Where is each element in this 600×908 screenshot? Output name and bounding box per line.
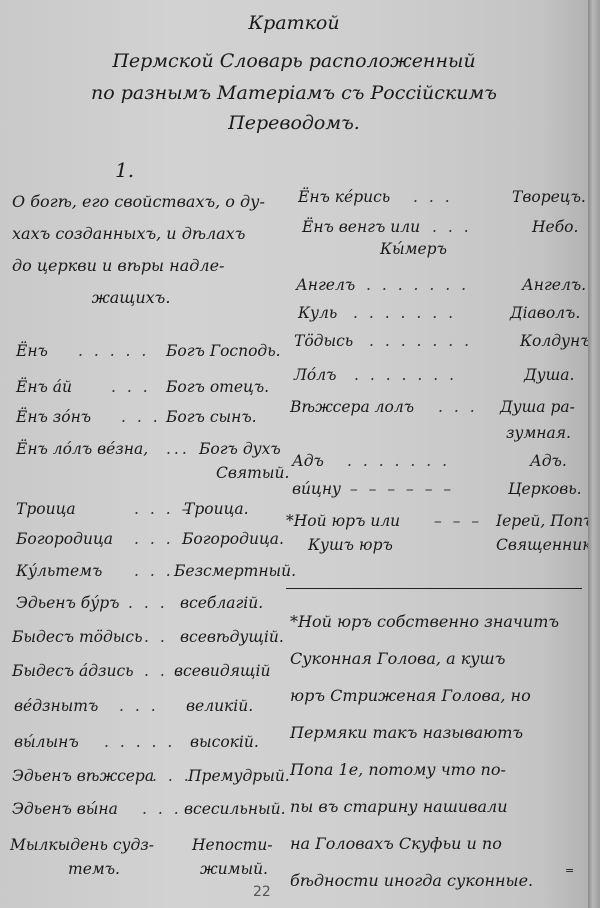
leader-dots: – – – – – – [350,480,454,498]
leader-dots: . . . [134,562,174,580]
russian-translation: высокій. [190,733,259,751]
leader-dots: . . . . . . . [366,276,469,294]
perm-word: ве́дзнытъ [14,697,98,715]
leader-dots: – – – [434,512,482,530]
leader-dots: . . . [152,767,192,785]
title-line-3: по разнымъ Матеріамъ съ Россійскимъ [0,82,588,104]
footnote-line: пы въ старину нашивали [290,788,585,825]
leader-dots: . . . [432,218,472,236]
section-heading-line: до церкви и вѣры надле- [12,250,290,282]
leader-dots: . . . . . . . [353,304,456,322]
section-heading-line: жащихъ. [12,282,290,314]
perm-word: Ёнъ зо́нъ [16,408,91,426]
perm-word: вы́лынъ [14,733,79,751]
leader-dots: . . . . . . . [354,366,457,384]
leader-dots: . . [144,628,168,646]
russian-translation: Душа. [524,366,574,384]
perm-word: Быдесъ а́дзись [12,662,134,680]
perm-word: Ёнъ венгъ или [302,218,420,236]
leader-dots: . . . . . [78,342,149,360]
perm-word: Ангелъ [296,276,355,294]
russian-translation: Діаволъ. [510,304,580,322]
russian-translation: Церковь. [508,480,582,498]
footnote-line: Суконная Голова, а кушъ [290,640,585,677]
leader-dots: . . . [438,398,478,416]
perm-word: Ёнъ а́й [16,378,72,396]
footnote-line: Пермяки такъ называютъ [290,714,585,751]
leader-dots: . . . [134,530,174,548]
perm-word: Вѣжсера лолъ [290,398,414,416]
leader-dots: . . . [413,188,453,206]
perm-word: Быдесъ тӧдысь [12,628,143,646]
leader-dots: ... [166,440,190,458]
leader-dots: . . . [119,697,159,715]
footnote-line: юръ Стриженая Голова, но [290,677,585,714]
russian-translation-continued: Святый. [216,464,289,482]
russian-translation: Колдунъ [520,332,591,350]
russian-translation-continued: Священникъ. [496,536,600,554]
russian-translation: всевѣдущій. [180,628,284,646]
russian-translation: Богъ Господь. [166,342,281,360]
russian-translation: Творецъ. [512,188,586,206]
perm-word: Ку́льтемъ [16,562,102,580]
russian-translation: Непости- [192,836,273,854]
title-line-1: Краткой [0,12,588,34]
russian-translation: Премудрый. [188,767,290,785]
russian-translation-continued: жимый. [200,860,268,878]
perm-word-continued: темъ. [68,860,120,878]
perm-word: *Ной юръ или [286,512,400,530]
russian-translation: Богъ сынъ. [166,408,257,426]
russian-translation: Іерей, Попъ, [496,512,598,530]
perm-word: Эдьенъ бу́ръ [16,594,119,612]
perm-word: Куль [298,304,337,322]
leader-dots: . . . . . . . [369,332,472,350]
footnote-line: Попа 1е, потому что по- [290,751,585,788]
section-number: 1. [115,158,134,182]
footnote-line: *Ной юръ собственно значитъ [290,603,585,640]
perm-word: Ёнъ ке́рись [298,188,390,206]
perm-word: Троица [16,500,76,518]
russian-translation: Богъ отецъ. [166,378,269,396]
perm-word: Мылкыдень судз- [10,836,154,854]
perm-word: Ло́лъ [294,366,336,384]
russian-translation: Безсмертный. [174,562,296,580]
perm-word-continued: Кушъ юръ [308,536,393,554]
leader-dots: . . . [142,800,182,818]
leader-dots: . . . [111,378,151,396]
russian-translation: Адъ. [530,452,567,470]
perm-word: Ёнъ ло́лъ ве́зна, [16,440,148,458]
title-line-2: Пермской Словарь расположенный [0,50,588,72]
section-heading-line: О богѣ, его свойствахъ, о ду- [12,186,290,218]
russian-translation: всеблагій. [180,594,263,612]
russian-translation: всесильный. [184,800,286,818]
russian-translation-continued: зумная. [506,424,571,442]
russian-translation: Богъ духъ [199,440,281,458]
leader-dots: . . . . . [104,733,175,751]
leader-dots: . . . . . . . [347,452,450,470]
footnote-line: бѣдности иногда суконные. [290,862,585,899]
perm-word: Ёнъ [16,342,48,360]
russian-translation: Ангелъ. [522,276,586,294]
perm-word: Тӧдысь [294,332,353,350]
end-mark: = [565,864,574,877]
russian-translation: Троица. [184,500,249,518]
leader-dots: . . . [128,594,168,612]
manuscript-page: Краткой Пермской Словарь расположенный п… [0,0,588,908]
section-heading: О богѣ, его свойствахъ, о ду- хахъ созда… [12,186,290,314]
section-heading-line: хахъ созданныхъ, и дѣлахъ [12,218,290,250]
russian-translation: Душа ра- [500,398,575,416]
russian-translation: великій. [186,697,253,715]
column-divider-rule [286,588,582,589]
perm-word: Эдьенъ вы́на [12,800,118,818]
footnote: *Ной юръ собственно значитъ Суконная Гол… [290,603,585,899]
title-line-4: Переводомъ. [0,112,588,134]
leader-dots: . . . [121,408,161,426]
perm-word: Богородица [16,530,113,548]
perm-word-continued: Кы́меръ [380,240,447,258]
russian-translation: Богородица. [182,530,284,548]
footnote-line: на Головахъ Скуфьи и по [290,825,585,862]
russian-translation: Небо. [532,218,578,236]
perm-word: Эдьенъ вѣжсера [12,767,154,785]
russian-translation: всевидящій [174,662,270,680]
perm-word: Адъ [292,452,324,470]
perm-word: ви́цну [292,480,341,498]
page-number: 22 [253,884,271,900]
